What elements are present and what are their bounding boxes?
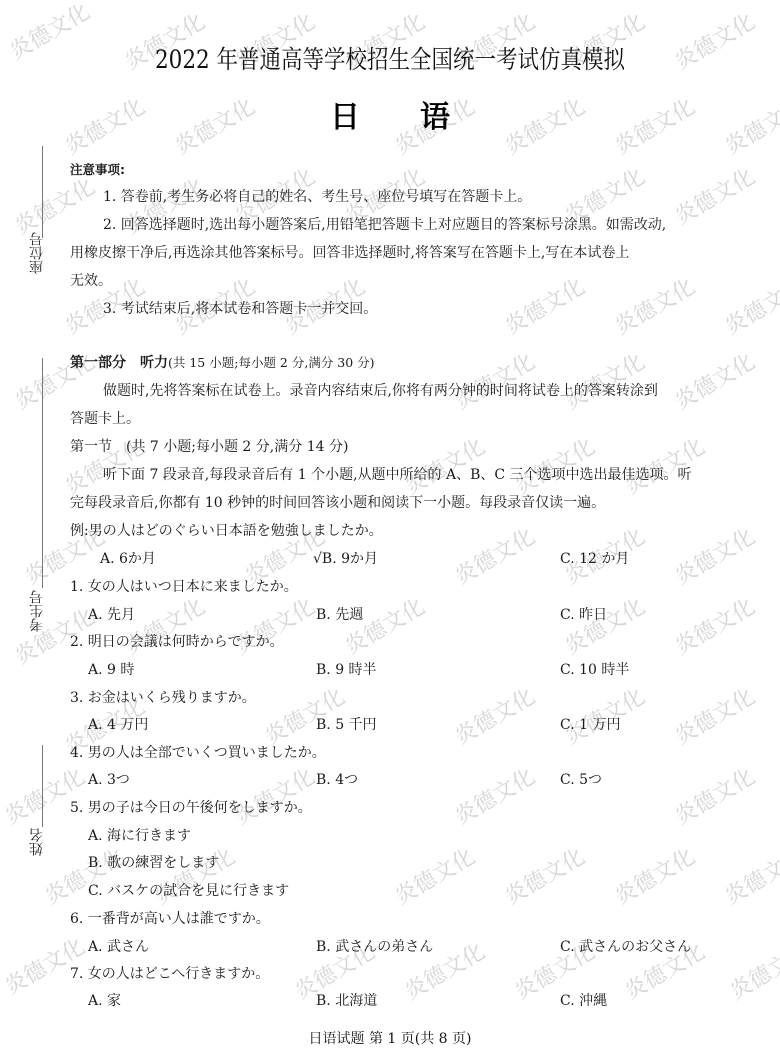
- example-option-c: C. 12 か月: [560, 549, 629, 569]
- notice-item-3: 3. 考试结束后,将本试卷和答题卡一并交回。: [103, 299, 377, 319]
- exam-page: 2022 年普通高等学校招生全国统一考试仿真模拟 日语 座位号 考生号 姓名 注…: [0, 0, 780, 1062]
- q1-option-c[interactable]: C. 昨日: [560, 605, 607, 625]
- section1-instruction-2: 完每段录音后,你都有 10 秒钟的时间回答该小题和阅读下一小题。每段录音仅读一遍…: [70, 493, 605, 513]
- notice-heading: 注意事项:: [70, 160, 125, 180]
- question-3: 3. お金はいくら残りますか。: [70, 688, 256, 708]
- notice-item-1: 1. 答卷前,考生务必将自己的姓名、考生号、座位号填写在答题卡上。: [103, 187, 531, 207]
- q2-option-a[interactable]: A. 9 時: [88, 660, 134, 680]
- q5-option-c[interactable]: C. バスケの試合を見に行きます: [88, 881, 289, 901]
- q4-option-a[interactable]: A. 3つ: [88, 770, 130, 790]
- part1-instruction-2: 答题卡上。: [70, 409, 140, 429]
- q4-option-b[interactable]: B. 4つ: [316, 770, 358, 790]
- example-option-a: A. 6か月: [100, 549, 156, 569]
- q6-option-a[interactable]: A. 武さん: [88, 937, 149, 957]
- question-1: 1. 女の人はいつ日本に来ましたか。: [70, 577, 298, 597]
- exam-number-label: 考生号: [27, 590, 47, 632]
- example-question: 例:男の人はどのぐらい日本語を勉強しましたか。: [70, 521, 383, 541]
- seat-number-label: 座位号: [27, 232, 47, 274]
- q6-option-b[interactable]: B. 武さんの弟さん: [316, 937, 433, 957]
- q7-option-b[interactable]: B. 北海道: [316, 991, 377, 1011]
- section1-heading: 第一节 (共 7 小题;每小题 2 分,满分 14 分): [70, 437, 348, 457]
- question-2: 2. 明日の会議は何時からですか。: [70, 632, 284, 652]
- question-6: 6. 一番背が高い人は誰ですか。: [70, 909, 270, 929]
- part1-instruction-1: 做题时,先将答案标在试卷上。录音内容结束后,你将有两分钟的时间将试卷上的答案转涂…: [103, 381, 658, 401]
- q2-option-b[interactable]: B. 9 時半: [316, 660, 377, 680]
- margin-line-name: [42, 745, 43, 827]
- question-5: 5. 男の子は今日の午後何をしますか。: [70, 798, 312, 818]
- q3-option-b[interactable]: B. 5 千円: [316, 715, 377, 735]
- q6-option-c[interactable]: C. 武さんのお父さん: [560, 937, 691, 957]
- subject-title: 日语: [0, 92, 780, 136]
- name-label: 姓名: [27, 828, 47, 856]
- example-option-b: √B. 9か月: [313, 549, 378, 569]
- q2-option-c[interactable]: C. 10 時半: [560, 660, 629, 680]
- margin-line-exam: [42, 358, 43, 588]
- q1-option-b[interactable]: B. 先週: [316, 605, 363, 625]
- q1-option-a[interactable]: A. 先月: [88, 605, 135, 625]
- section1-instruction-1: 听下面 7 段录音,每段录音后有 1 个小题,从题中所给的 A、B、C 三个选项…: [103, 465, 692, 485]
- part1-heading: 第一部分 听力(共 15 小题;每小题 2 分,满分 30 分): [70, 353, 375, 373]
- q5-option-a[interactable]: A. 海に行きます: [88, 826, 191, 846]
- part1-title: 第一部分 听力: [70, 355, 168, 371]
- q3-option-a[interactable]: A. 4 万円: [88, 715, 148, 735]
- q7-option-c[interactable]: C. 沖縄: [560, 991, 607, 1011]
- margin-line-seat: [42, 146, 43, 238]
- q5-option-b[interactable]: B. 歌の練習をします: [88, 853, 219, 873]
- q4-option-c[interactable]: C. 5つ: [560, 770, 602, 790]
- notice-item-2-cont: 用橡皮擦干净后,再选涂其他答案标号。回答非选择题时,将答案写在答题卡上,写在本试…: [70, 243, 629, 263]
- notice-item-2-end: 无效。: [70, 271, 112, 291]
- exam-title: 2022 年普通高等学校招生全国统一考试仿真模拟: [55, 40, 726, 76]
- q3-option-c[interactable]: C. 1 万円: [560, 715, 620, 735]
- q7-option-a[interactable]: A. 家: [88, 991, 121, 1011]
- page-footer: 日语试题 第 1 页(共 8 页): [0, 1028, 780, 1048]
- notice-item-2: 2. 回答选择题时,选出每小题答案后,用铅笔把答题卡上对应题目的答案标号涂黑。如…: [103, 215, 666, 235]
- part1-note: (共 15 小题;每小题 2 分,满分 30 分): [168, 355, 375, 370]
- question-4: 4. 男の人は全部でいくつ買いましたか。: [70, 743, 326, 763]
- question-7: 7. 女の人はどこへ行きますか。: [70, 964, 269, 984]
